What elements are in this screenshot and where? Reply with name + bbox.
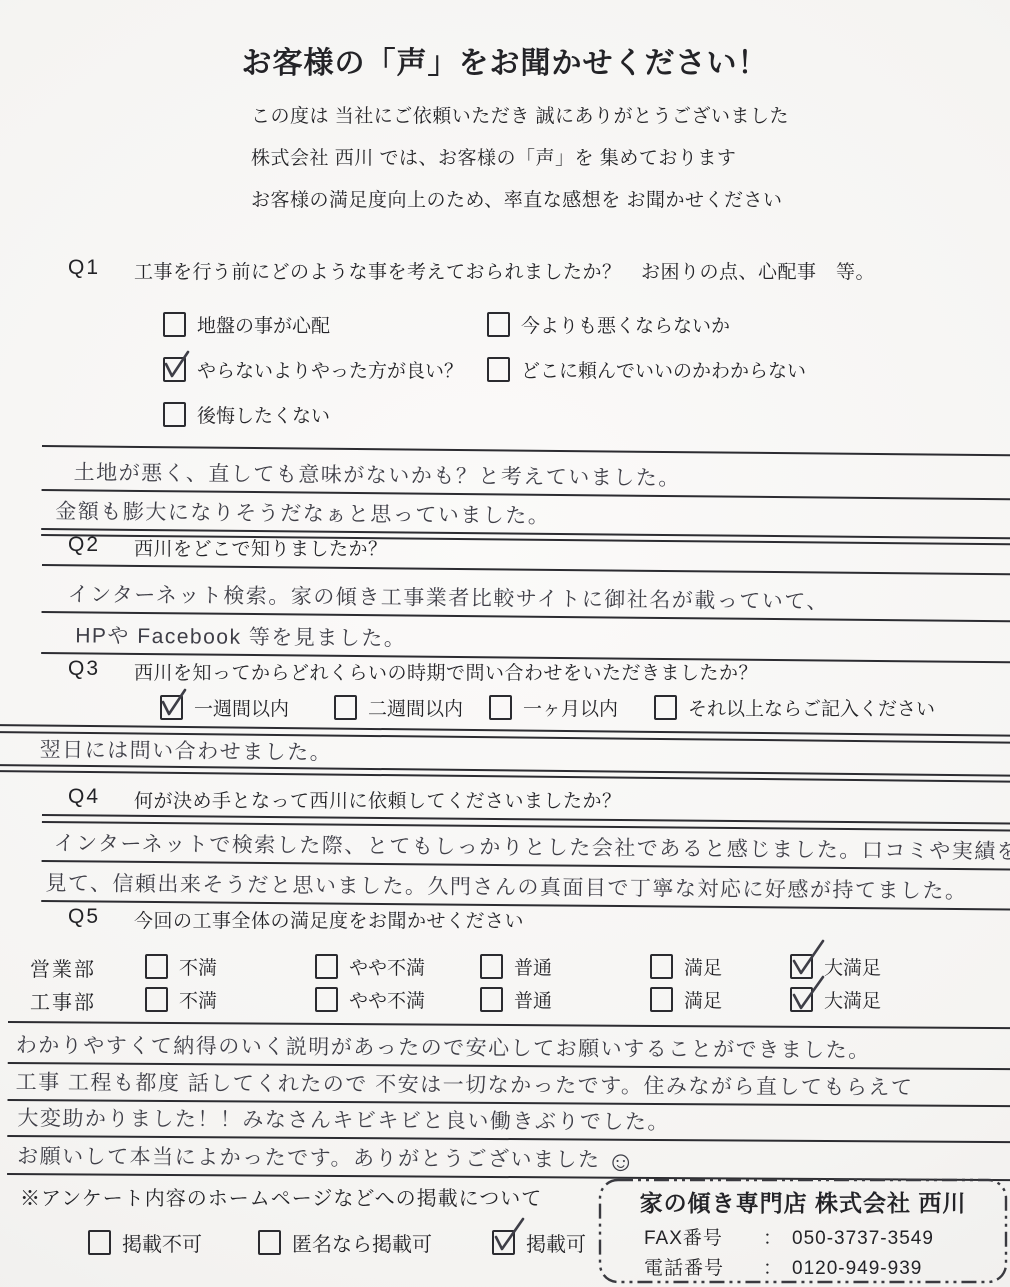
check-mark-icon <box>158 686 190 720</box>
q3-options-row: 一週間以内 二週間以内 一ヶ月以内 それ以上ならご記入ください <box>0 694 1010 722</box>
checkbox-label: 掲載可 <box>526 1228 586 1257</box>
checkbox-label: やらないよりやった方が良い？ <box>197 356 463 383</box>
checkbox[interactable] <box>315 954 338 979</box>
checkbox-label: 普通 <box>514 953 552 980</box>
checkbox-label: 大満足 <box>824 953 881 980</box>
intro-line: この度は 当社にご依頼いただき 誠にありがとうございました <box>251 96 789 138</box>
q5-row-construction: 工事部 不満 やや不満 普通 満足 大満足 <box>0 986 1010 1012</box>
survey-sheet: お客様の「声」をお聞かせください！ この度は 当社にご依頼いただき 誠にありがと… <box>0 0 1010 1287</box>
q1-option-dokonitanomu[interactable]: どこに頼んでいいのかわからない <box>487 356 806 383</box>
check-mark-icon <box>161 348 193 382</box>
q3-label: Q3 <box>68 657 134 681</box>
company-tel-row: 電話番号：0120-949-939 <box>644 1253 922 1280</box>
checkbox[interactable] <box>480 954 503 979</box>
q2-question: 西川をどこで知りましたか？ <box>134 533 388 561</box>
q5-const-futsuu[interactable]: 普通 <box>480 986 552 1013</box>
tel-separator: ： <box>754 1253 792 1280</box>
checkbox-label: 二週間以内 <box>368 694 463 721</box>
checkbox-label: 普通 <box>514 986 552 1013</box>
intro-line: 株式会社 西川 では、お客様の「声」を 集めております <box>251 138 789 180</box>
checkbox[interactable] <box>487 312 510 337</box>
checkbox[interactable] <box>480 987 503 1012</box>
q2-header: Q2 西川をどこで知りましたか？ <box>68 533 968 561</box>
ruled-row: 工事 工程も都度 話してくれたので 不安は一切なかったです。住みながら直してもら… <box>8 1064 1010 1107</box>
q1-label: Q1 <box>68 256 134 280</box>
tel-label: 電話番号 <box>644 1253 754 1280</box>
checkbox[interactable] <box>654 695 677 720</box>
checkbox[interactable] <box>650 954 673 979</box>
publication-option-fuka[interactable]: 掲載不可 <box>88 1228 202 1257</box>
q2-answer-area[interactable]: インターネット検索。家の傾き工事業者比較サイトに御社名が載っていて、 HPや F… <box>41 564 1010 663</box>
company-name: 家の傾き専門店 株式会社 西川 <box>598 1185 1008 1218</box>
q5-const-daimanzoku[interactable]: 大満足 <box>790 986 881 1013</box>
publication-option-tokumei[interactable]: 匿名なら掲載可 <box>258 1228 432 1257</box>
publication-options-row: 掲載不可 匿名なら掲載可 掲載可 <box>0 1228 600 1258</box>
handwritten-text: お願いして本当によかったです。ありがとうございました☺ <box>17 1140 637 1174</box>
q4-answer-area[interactable]: インターネットで検索した際、とてもしっかりとした会社であると感じました。口コミや… <box>41 814 1010 911</box>
q1-option-warukunaranai[interactable]: 今よりも悪くならないか <box>487 311 730 338</box>
checkbox[interactable] <box>88 1230 111 1255</box>
q1-header: Q1 工事を行う前にどのような事を考えておられましたか？ お困りの点、心配事 等… <box>68 256 968 284</box>
q5-sales-manzoku[interactable]: 満足 <box>650 953 722 980</box>
ruled-row: お願いして本当によかったです。ありがとうございました☺ <box>7 1137 1010 1181</box>
checkbox-label: 不満 <box>179 953 217 980</box>
checkbox-label: やや不満 <box>349 986 425 1013</box>
handwritten-text: 翌日には問い合わせました。 <box>40 733 333 766</box>
checkbox[interactable] <box>258 1230 281 1255</box>
fax-separator: ： <box>754 1223 792 1250</box>
checkbox[interactable] <box>145 954 168 979</box>
publication-note: ※アンケート内容のホームページなどへの掲載について <box>20 1182 542 1211</box>
checkbox-label: どこに頼んでいいのかわからない <box>521 356 806 383</box>
checkbox[interactable] <box>160 695 183 720</box>
checkbox[interactable] <box>145 987 168 1012</box>
ruled-row: 見て、信頼出来そうだと思いました。久門さんの真面目で丁寧な対応に好感が持てました… <box>41 862 1010 911</box>
checkbox-label: 満足 <box>684 953 722 980</box>
q1-option-jiban[interactable]: 地盤の事が心配 <box>163 311 330 338</box>
q1-answer-area[interactable]: 土地が悪く、直しても意味がないかも？と考えていました。 金額も膨大になりそうだな… <box>41 445 1010 539</box>
q5-const-yayafuman[interactable]: やや不満 <box>315 986 425 1013</box>
checkbox[interactable] <box>489 695 512 720</box>
checkbox-label: 大満足 <box>824 986 881 1013</box>
intro-line: お客様の満足度向上のため、率直な感想を お聞かせください <box>251 180 789 222</box>
ruled-row: HPや Facebook 等を見ました。 <box>41 613 1010 663</box>
ruled-row: 翌日には問い合わせました。 <box>0 724 1010 777</box>
department-label: 営業部 <box>30 953 96 982</box>
checkbox-label: 地盤の事が心配 <box>197 311 330 338</box>
checkbox[interactable] <box>790 954 813 979</box>
q3-header: Q3 西川を知ってからどれくらいの時期で問い合わせをいただきましたか？ <box>68 657 968 685</box>
handwritten-text: 大変助かりました！！みなさんキビキビと良い働きぶりでした。 <box>17 1102 670 1136</box>
q4-question: 何が決め手となって西川に依頼してくださいましたか？ <box>134 785 622 813</box>
q3-option-more[interactable]: それ以上ならご記入ください <box>654 694 935 721</box>
checkbox-label: やや不満 <box>349 953 425 980</box>
q5-comment-area[interactable]: わかりやすくて納得のいく説明があったので安心してお願いすることができました。 工… <box>7 1021 1010 1181</box>
handwritten-text: 土地が悪く、直しても意味がないかも？と考えていました。 <box>74 456 681 492</box>
q1-option-koukai[interactable]: 後悔したくない <box>163 401 330 428</box>
q5-row-sales: 営業部 不満 やや不満 普通 満足 大満足 <box>0 953 1010 979</box>
check-mark-icon <box>789 939 827 979</box>
department-label: 工事部 <box>30 986 96 1015</box>
q4-header: Q4 何が決め手となって西川に依頼してくださいましたか？ <box>68 785 968 813</box>
checkbox-label: 掲載不可 <box>122 1228 202 1257</box>
fax-label: FAX番号 <box>644 1223 754 1250</box>
fax-number: 050-3737-3549 <box>792 1228 934 1249</box>
q5-sales-yayafuman[interactable]: やや不満 <box>315 953 425 980</box>
q5-const-manzoku[interactable]: 満足 <box>650 986 722 1013</box>
checkbox-label: 後悔したくない <box>197 401 330 428</box>
q5-sales-fuman[interactable]: 不満 <box>145 953 217 980</box>
check-mark-icon <box>491 1217 527 1255</box>
smiley-face-doodle: ☺ <box>606 1152 636 1172</box>
checkbox[interactable] <box>163 402 186 427</box>
q3-option-2weeks[interactable]: 二週間以内 <box>334 694 463 721</box>
tel-number: 0120-949-939 <box>792 1258 922 1279</box>
checkbox[interactable] <box>163 312 186 337</box>
q5-const-fuman[interactable]: 不満 <box>145 986 217 1013</box>
checkbox-label: 匿名なら掲載可 <box>292 1228 432 1257</box>
checkbox-label: 一週間以内 <box>194 694 289 721</box>
checkbox-label: 一ヶ月以内 <box>523 694 618 721</box>
ruled-row: 大変助かりました！！みなさんキビキビと良い働きぶりでした。 <box>7 1101 1010 1143</box>
checkbox[interactable] <box>163 357 186 382</box>
checkbox[interactable] <box>487 357 510 382</box>
q1-question: 工事を行う前にどのような事を考えておられましたか？ お困りの点、心配事 等。 <box>134 256 875 284</box>
ruled-row: インターネットで検索した際、とてもしっかりとした会社であると感じました。口コミや… <box>42 814 1010 871</box>
q3-question: 西川を知ってからどれくらいの時期で問い合わせをいただきましたか？ <box>134 657 758 685</box>
checkbox-label: 満足 <box>684 986 722 1013</box>
page-title: お客様の「声」をお聞かせください！ <box>0 38 1010 82</box>
checkbox-label: 今よりも悪くならないか <box>521 311 730 338</box>
publication-option-ka[interactable]: 掲載可 <box>492 1228 586 1257</box>
q5-sales-futsuu[interactable]: 普通 <box>480 953 552 980</box>
check-mark-icon <box>789 975 827 1015</box>
checkbox-label: 不満 <box>179 986 217 1013</box>
checkbox[interactable] <box>334 695 357 720</box>
q3-option-1week[interactable]: 一週間以内 <box>160 694 289 721</box>
company-info-box: 家の傾き専門店 株式会社 西川 FAX番号：050-3737-3549 電話番号… <box>598 1178 1008 1284</box>
ruled-row: わかりやすくて納得のいく説明があったので安心してお願いすることができました。 <box>8 1021 1010 1070</box>
checkbox[interactable] <box>650 987 673 1012</box>
q4-label: Q4 <box>68 785 134 809</box>
company-fax-row: FAX番号：050-3737-3549 <box>644 1223 934 1250</box>
q5-question: 今回の工事全体の満足度をお聞かせください <box>134 905 524 933</box>
handwritten-text: 見て、信頼出来そうだと思いました。久門さんの真面目で丁寧な対応に好感が持てました… <box>45 867 967 905</box>
handwritten-text: わかりやすくて納得のいく説明があったので安心してお願いすることができました。 <box>16 1029 871 1064</box>
handwritten-text: HPや Facebook 等を見ました。 <box>75 619 406 652</box>
handwritten-text: 金額も膨大になりそうだなぁと思っていました。 <box>55 495 550 530</box>
handwritten-text: インターネットで検索した際、とてもしっかりとした会社であると感じました。口コミや… <box>54 827 1010 865</box>
handwritten-text: インターネット検索。家の傾き工事業者比較サイトに御社名が載っていて、 <box>68 578 829 615</box>
checkbox[interactable] <box>315 987 338 1012</box>
q5-sales-daimanzoku[interactable]: 大満足 <box>790 953 881 980</box>
intro-paragraph: この度は 当社にご依頼いただき 誠にありがとうございました 株式会社 西川 では… <box>251 96 789 222</box>
q3-option-1month[interactable]: 一ヶ月以内 <box>489 694 618 721</box>
handwritten-text: 工事 工程も都度 話してくれたので 不安は一切なかったです。住みながら直してもら… <box>16 1066 914 1101</box>
q5-label: Q5 <box>68 905 134 929</box>
checkbox[interactable] <box>790 987 813 1012</box>
q2-label: Q2 <box>68 533 134 557</box>
q1-option-yattahougayoi[interactable]: やらないよりやった方が良い？ <box>163 356 463 383</box>
checkbox[interactable] <box>492 1230 515 1255</box>
q5-header: Q5 今回の工事全体の満足度をお聞かせください <box>68 905 968 933</box>
checkbox-label: それ以上ならご記入ください <box>688 694 935 721</box>
q3-answer-area[interactable]: 翌日には問い合わせました。 <box>0 724 1010 777</box>
